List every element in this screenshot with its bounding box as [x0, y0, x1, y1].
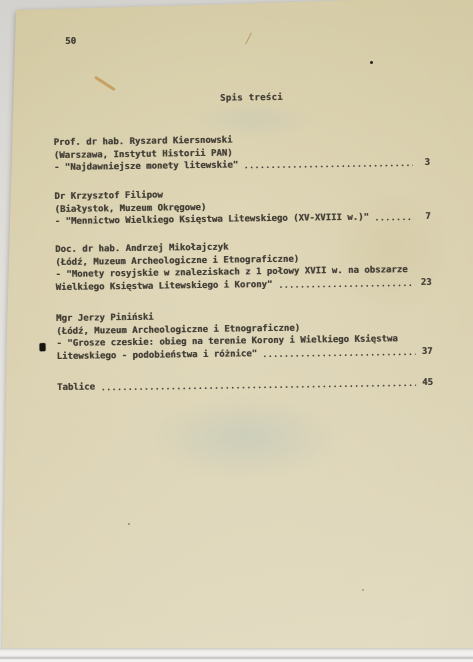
dot-leader [264, 352, 416, 357]
entry-title-text: - "Najdawniejsze monety litewskie" [54, 159, 238, 174]
page-number: 50 [65, 36, 76, 49]
dot-leader [279, 283, 414, 288]
toc-row-tablice: Tablice 45 [57, 377, 433, 395]
entry-page-number: 7 [419, 211, 431, 224]
entry-page-number: 23 [420, 276, 432, 289]
entry-title-text: Wielkiego Księstwa Litewskiego i Korony" [56, 278, 273, 294]
page-title: Spis treści [220, 92, 283, 105]
entry-title-lines: - "Grosze czeskie: obieg na terenie Koro… [56, 333, 432, 363]
paper-shadow: 50 Spis treści Prof. dr hab. Ryszard Kie… [0, 0, 473, 662]
toc-entry: Mgr Jerzy Piniński (Łódź, Muzeum Archeol… [56, 308, 433, 363]
entry-title-lines: - "Monety rosyjskie w znaleziskach z 1 p… [55, 264, 431, 294]
typewritten-content: 50 Spis treści Prof. dr hab. Ryszard Kie… [52, 0, 437, 662]
tablice-page-number: 45 [421, 377, 433, 390]
entry-title-text: Litewskiego - podobieństwa i różnice" [57, 348, 258, 363]
dot-leader [376, 218, 414, 222]
toc-entry: Dr Krzysztof Filipow (Białystok, Muzeum … [54, 186, 430, 229]
entry-page-number: 37 [421, 345, 433, 358]
ink-blot-mark [39, 343, 45, 351]
scanned-page: 50 Spis treści Prof. dr hab. Ryszard Kie… [0, 0, 473, 662]
toc-entry: Doc. dr hab. Andrzej Mikołajczyk (Łódź, … [55, 239, 432, 294]
entry-page-number: 3 [418, 157, 430, 170]
dot-leader [102, 384, 416, 391]
toc-entry: Prof. dr hab. Ryszard Kiersnowski (Warsz… [54, 132, 430, 175]
dot-leader [245, 164, 413, 169]
page-stack-edge [0, 648, 473, 662]
tablice-label: Tablice [57, 381, 95, 394]
photo-background: 50 Spis treści Prof. dr hab. Ryszard Kie… [0, 0, 473, 662]
